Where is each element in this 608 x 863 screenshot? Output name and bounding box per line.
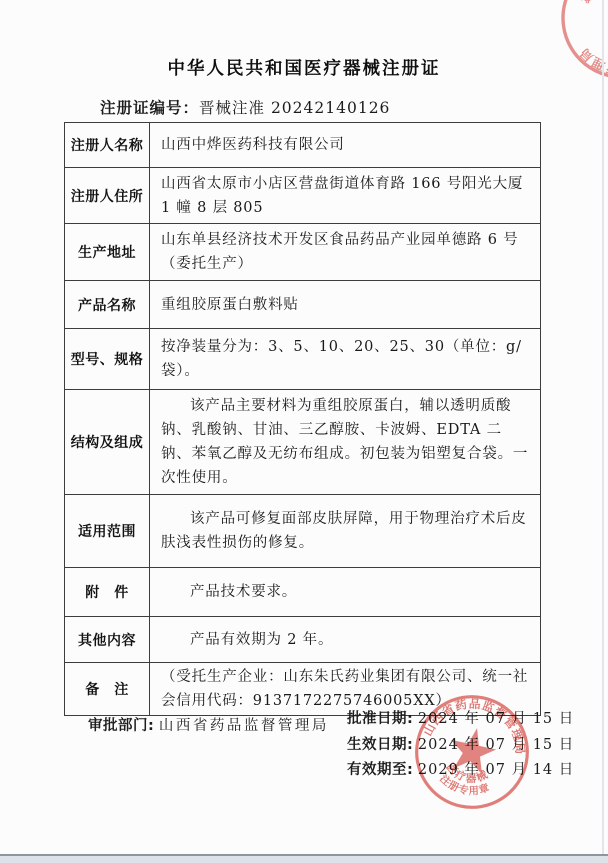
certificate-page: 中华人民共和国医疗器械注册证 注册证编号：晋械注准 20242140126 注册… bbox=[0, 0, 608, 863]
row-label: 适用范围 bbox=[65, 495, 150, 567]
table-row: 型号、规格 按净装量分为：3、5、10、20、25、30（单位：g/袋）。 bbox=[65, 328, 540, 389]
row-value: 该产品主要材料为重组胶原蛋白，辅以透明质酸钠、乳酸钠、甘油、三乙醇胺、卡波姆、E… bbox=[150, 390, 540, 494]
dates-block: 批准日期: 2024 年 07 月 15 日 生效日期: 2024 年 07 月… bbox=[347, 707, 574, 784]
row-value: 山西中烨医药科技有限公司 bbox=[150, 123, 540, 167]
scan-right-edge bbox=[602, 0, 604, 863]
approval-date-label: 批准日期: bbox=[347, 711, 413, 727]
row-label: 注册人名称 bbox=[65, 123, 150, 167]
cert-number-value: 晋械注准 20242140126 bbox=[199, 99, 390, 117]
table-row: 其他内容 产品有效期为 2 年。 bbox=[65, 616, 540, 662]
table-row: 产品名称 重组胶原蛋白敷料贴 bbox=[65, 280, 540, 328]
cert-number-label: 注册证编号： bbox=[100, 99, 199, 117]
row-value: 重组胶原蛋白敷料贴 bbox=[150, 281, 540, 328]
table-row: 注册人名称 山西中烨医药科技有限公司 bbox=[65, 123, 540, 167]
table-row: 注册人住所 山西省太原市小店区营盘街道体育路 166 号阳光大厦 1 幢 8 层… bbox=[65, 167, 540, 223]
row-label: 注册人住所 bbox=[65, 168, 150, 223]
row-label: 型号、规格 bbox=[65, 329, 150, 389]
table-row: 适用范围 该产品可修复面部皮肤屏障，用于物理治疗术后皮肤浅表性损伤的修复。 bbox=[65, 494, 540, 567]
expiry-date-line: 有效期至: 2029 年 07 月 14 日 bbox=[347, 758, 574, 784]
approval-department-line: 审批部门: 山西省药品监督管理局 bbox=[88, 714, 329, 735]
cert-number-line: 注册证编号：晋械注准 20242140126 bbox=[100, 96, 390, 118]
page-title: 中华人民共和国医疗器械注册证 bbox=[0, 55, 608, 80]
table-row: 生产地址 山东单县经济技术开发区食品药品产业园单德路 6 号（委托生产） bbox=[65, 223, 540, 280]
scan-bottom-edge bbox=[0, 854, 608, 863]
row-label: 产品名称 bbox=[65, 281, 150, 328]
expiry-date-label: 有效期至: bbox=[347, 762, 413, 778]
effective-date-label: 生效日期: bbox=[347, 737, 413, 753]
row-value: 按净装量分为：3、5、10、20、25、30（单位：g/袋）。 bbox=[150, 329, 540, 389]
approval-date-line: 批准日期: 2024 年 07 月 15 日 bbox=[347, 707, 574, 733]
row-label: 备 注 bbox=[65, 663, 150, 715]
row-label: 生产地址 bbox=[65, 224, 150, 280]
approval-date-value: 2024 年 07 月 15 日 bbox=[418, 711, 574, 727]
approval-department-value: 山西省药品监督管理局 bbox=[159, 718, 329, 734]
row-value: 山东单县经济技术开发区食品药品产业园单德路 6 号（委托生产） bbox=[150, 224, 540, 280]
row-label: 结构及组成 bbox=[65, 390, 150, 494]
row-value: 产品有效期为 2 年。 bbox=[150, 617, 540, 662]
certificate-table: 注册人名称 山西中烨医药科技有限公司 注册人住所 山西省太原市小店区营盘街道体育… bbox=[64, 122, 541, 716]
table-row: 结构及组成 该产品主要材料为重组胶原蛋白，辅以透明质酸钠、乳酸钠、甘油、三乙醇胺… bbox=[65, 389, 540, 494]
effective-date-value: 2024 年 07 月 15 日 bbox=[418, 737, 574, 753]
row-label: 附 件 bbox=[65, 568, 150, 616]
effective-date-line: 生效日期: 2024 年 07 月 15 日 bbox=[347, 733, 574, 759]
table-row: 附 件 产品技术要求。 bbox=[65, 567, 540, 616]
corner-seal-fragment-icon: 山西省药品监督管理局 注册专用章 bbox=[542, 0, 608, 98]
row-value: 该产品可修复面部皮肤屏障，用于物理治疗术后皮肤浅表性损伤的修复。 bbox=[150, 495, 540, 567]
row-value: 产品技术要求。 bbox=[150, 568, 540, 616]
approval-department-label: 审批部门: bbox=[88, 718, 154, 734]
expiry-date-value: 2029 年 07 月 14 日 bbox=[418, 762, 574, 778]
row-value: 山西省太原市小店区营盘街道体育路 166 号阳光大厦 1 幢 8 层 805 bbox=[150, 168, 540, 223]
row-label: 其他内容 bbox=[65, 617, 150, 662]
